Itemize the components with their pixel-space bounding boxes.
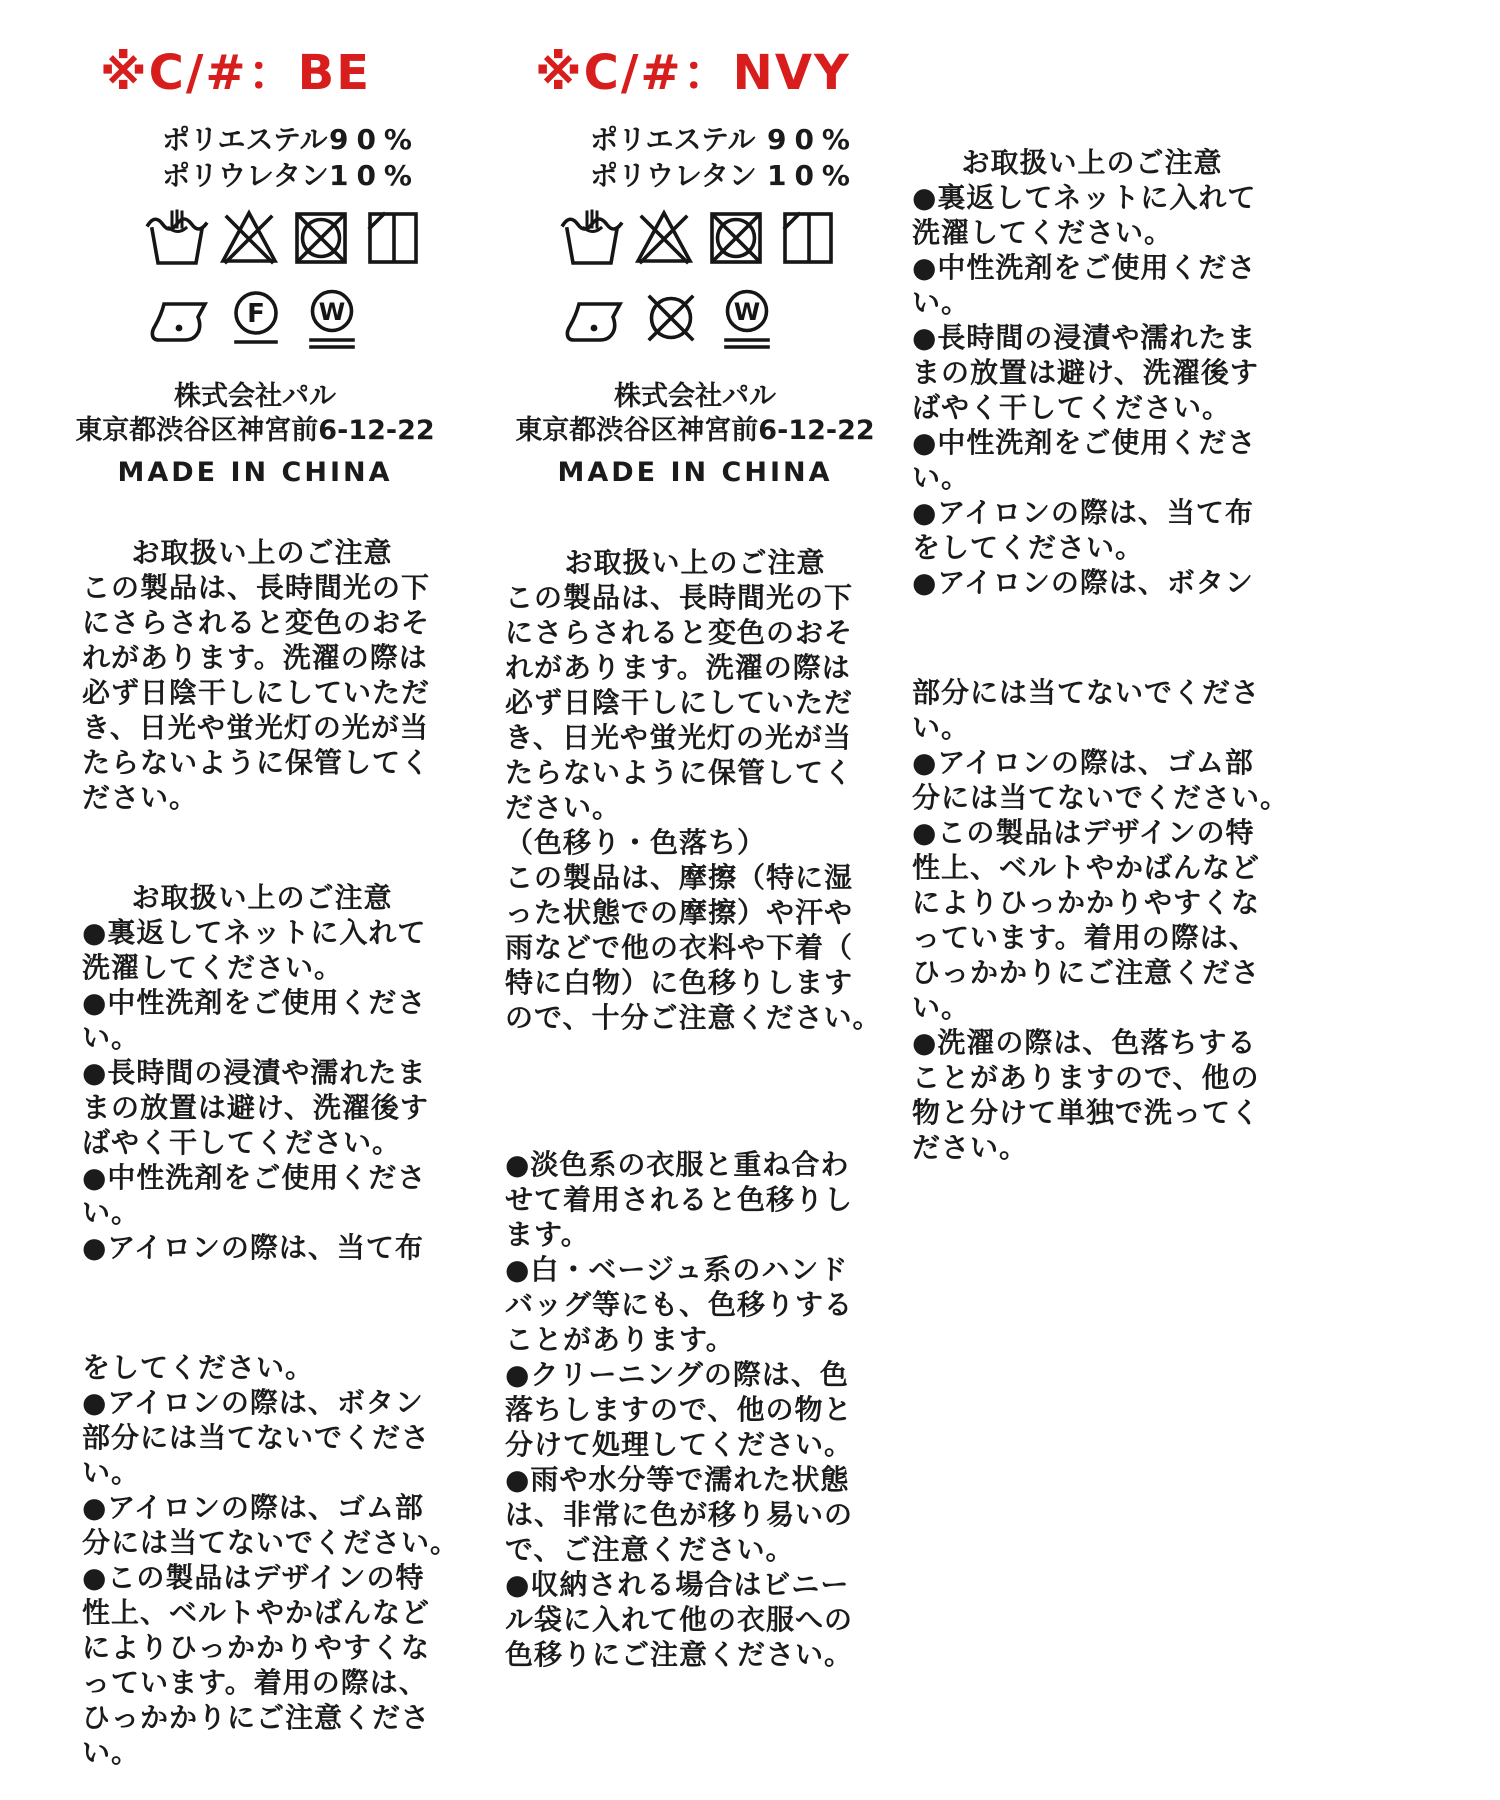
care-block-title: お取扱い上のご注意 xyxy=(505,545,885,580)
material-percent: 10% xyxy=(767,158,858,194)
do-not-bleach-icon xyxy=(632,204,696,274)
care-text-line: 特に白物）に色移りします xyxy=(505,965,885,1000)
care-text-line: 必ず日陰干しにしていただ xyxy=(82,675,442,710)
care-text-line: ●長時間の浸漬や濡れたま xyxy=(912,320,1272,355)
fiber-composition-be: ポリエステル 90% ポリウレタン 10% xyxy=(162,122,420,194)
svg-text:F: F xyxy=(247,299,265,329)
colorway-header-be: ※C/#：BE xyxy=(100,34,371,103)
care-text-line: ことがあります。 xyxy=(505,1322,885,1357)
care-text-line: っています。着用の際は、 xyxy=(82,1665,442,1700)
material-percent: 10% xyxy=(329,158,420,194)
care-text-line: 落ちしますので、他の物と xyxy=(505,1392,885,1427)
fiber-composition-nvy: ポリエステル 90% ポリウレタン 10% xyxy=(590,122,858,194)
company-address: 東京都渋谷区神宮前6-12-22 xyxy=(505,414,885,448)
care-text-line: い。 xyxy=(912,460,1272,495)
composition-row: ポリウレタン 10% xyxy=(162,158,420,194)
care-text-line: い。 xyxy=(912,285,1272,320)
care-text-line: 分けて処理してください。 xyxy=(505,1427,885,1462)
care-text-line: ださい。 xyxy=(505,790,885,825)
care-text-line: ●アイロンの際は、当て布 xyxy=(912,495,1272,530)
care-text-line: この製品は、長時間光の下 xyxy=(82,570,442,605)
care-text-line: ●中性洗剤をご使用くださ xyxy=(912,425,1272,460)
do-not-bleach-icon xyxy=(217,204,281,274)
care-text-line: ひっかかりにご注意くださ xyxy=(912,955,1272,990)
dry-clean-F-gentle-icon: F xyxy=(224,286,288,356)
care-block2-nvy: ●淡色系の衣服と重ね合わせて着用されると色移りします。●白・ベージュ系のハンドバ… xyxy=(505,1147,885,1672)
care-text-line: ●洗濯の際は、色落ちする xyxy=(912,1025,1272,1060)
care-text-line: ひっかかりにご注意くださ xyxy=(82,1700,442,1735)
care-text-line: れがあります。洗濯の際は xyxy=(82,640,442,675)
care-symbols-row2-be: FW xyxy=(148,286,364,356)
composition-row: ポリエステル 90% xyxy=(590,122,858,158)
hand-wash-tub-icon xyxy=(560,204,624,274)
svg-text:W: W xyxy=(734,298,760,326)
care-text-line: ●中性洗剤をご使用くださ xyxy=(912,250,1272,285)
care-text-line: ●中性洗剤をご使用くださ xyxy=(82,1160,442,1195)
care-text-line: ●淡色系の衣服と重ね合わ xyxy=(505,1147,885,1182)
care-text-line: ●収納される場合はビニー xyxy=(505,1567,885,1602)
colorway-header-nvy: ※C/#：NVY xyxy=(535,34,851,103)
care-text-line: ださい。 xyxy=(82,780,442,815)
care-text-line: 洗濯してください。 xyxy=(912,215,1272,250)
material-percent: 90% xyxy=(767,122,858,158)
care-text-line: ●この製品はデザインの特 xyxy=(82,1560,442,1595)
care-text-line: 洗濯してください。 xyxy=(82,950,442,985)
care-block-title: お取扱い上のご注意 xyxy=(912,145,1272,180)
care-text-line: れがあります。洗濯の際は xyxy=(505,650,885,685)
care-text-line: をしてください。 xyxy=(912,530,1272,565)
care-text-line: によりひっかかりやすくな xyxy=(912,885,1272,920)
care-text-line: ●裏返してネットに入れて xyxy=(912,180,1272,215)
care-text-line: い。 xyxy=(82,1195,442,1230)
care-text-line: ●この製品はデザインの特 xyxy=(912,815,1272,850)
care-text-line: った状態での摩擦）や汗や xyxy=(505,895,885,930)
material-percent: 90% xyxy=(329,122,420,158)
care-text-line: をしてください。 xyxy=(82,1350,442,1385)
care-text-line: い。 xyxy=(82,1455,442,1490)
care-symbols-row2-nvy: W xyxy=(563,286,779,356)
care-label-sheet: ※C/#：BE ポリエステル 90% ポリウレタン 10% FW 株式会社パル … xyxy=(0,0,1500,1800)
care-text-line: （色移り・色落ち） xyxy=(505,825,885,860)
do-not-tumble-dry-icon xyxy=(289,204,353,274)
care-text-line: ●アイロンの際は、当て布 xyxy=(82,1230,442,1265)
care-text-line: ばやく干してください。 xyxy=(82,1125,442,1160)
care-text-line: い。 xyxy=(912,990,1272,1025)
care-text-line: ル袋に入れて他の衣服への xyxy=(505,1602,885,1637)
wet-clean-W-very-gentle-icon: W xyxy=(715,286,779,356)
care-text-line: い。 xyxy=(912,710,1272,745)
care-text-line: ばやく干してください。 xyxy=(912,390,1272,425)
iron-low-one-dot-icon xyxy=(148,286,212,356)
wet-clean-W-very-gentle-icon: W xyxy=(300,286,364,356)
composition-row: ポリエステル 90% xyxy=(162,122,420,158)
care-text-line: ●アイロンの際は、ボタン xyxy=(82,1385,442,1420)
line-dry-in-shade-icon xyxy=(361,204,425,274)
care-text-line: 分には当てないでください。 xyxy=(82,1525,442,1560)
care-text-line: き、日光や蛍光灯の光が当 xyxy=(82,710,442,745)
care-text-line: 必ず日陰干しにしていただ xyxy=(505,685,885,720)
care-text-line: たらないように保管してく xyxy=(82,745,442,780)
care-text-line: ●アイロンの際は、ボタン xyxy=(912,565,1272,600)
manufacturer-info-nvy: 株式会社パル 東京都渋谷区神宮前6-12-22 MADE IN CHINA xyxy=(505,380,885,490)
care-text-line: き、日光や蛍光灯の光が当 xyxy=(505,720,885,755)
care-text-line: ●白・ベージュ系のハンド xyxy=(505,1252,885,1287)
care-block-title: お取扱い上のご注意 xyxy=(82,535,442,570)
care-text-line: まの放置は避け、洗濯後す xyxy=(82,1090,442,1125)
country-of-origin: MADE IN CHINA xyxy=(70,456,440,490)
care-block1-be: お取扱い上のご注意 この製品は、長時間光の下にさらされると変色のおそれがあります… xyxy=(82,535,442,815)
company-address: 東京都渋谷区神宮前6-12-22 xyxy=(70,414,440,448)
care-text-line: ●中性洗剤をご使用くださ xyxy=(82,985,442,1020)
company-name: 株式会社パル xyxy=(505,380,885,414)
care-text-line: ●裏返してネットに入れて xyxy=(82,915,442,950)
care-text-line: ●アイロンの際は、ゴム部 xyxy=(912,745,1272,780)
care-text-line: 性上、ベルトやかばんなど xyxy=(82,1595,442,1630)
manufacturer-info-be: 株式会社パル 東京都渋谷区神宮前6-12-22 MADE IN CHINA xyxy=(70,380,440,490)
care-text-line: バッグ等にも、色移りする xyxy=(505,1287,885,1322)
care-text-line: まの放置は避け、洗濯後す xyxy=(912,355,1272,390)
care-text-line: この製品は、長時間光の下 xyxy=(505,580,885,615)
iron-low-one-dot-icon xyxy=(563,286,627,356)
care-text-line: たらないように保管してく xyxy=(505,755,885,790)
care-text-line: 分には当てないでください。 xyxy=(912,780,1272,815)
care-text-line: ●長時間の浸漬や濡れたま xyxy=(82,1055,442,1090)
do-not-dry-clean-icon xyxy=(639,286,703,356)
care-text-line: っています。着用の際は、 xyxy=(912,920,1272,955)
care-text-line: ●雨や水分等で濡れた状態 xyxy=(505,1462,885,1497)
care-text-line: せて着用されると色移りし xyxy=(505,1182,885,1217)
care-text-line: 物と分けて単独で洗ってく xyxy=(912,1095,1272,1130)
care-text-line: この製品は、摩擦（特に湿 xyxy=(505,860,885,895)
care-text-line: によりひっかかりやすくな xyxy=(82,1630,442,1665)
care-text-line: 色移りにご注意ください。 xyxy=(505,1637,885,1672)
care-text-line: は、非常に色が移り易いの xyxy=(505,1497,885,1532)
care-block1-nvy: お取扱い上のご注意 この製品は、長時間光の下にさらされると変色のおそれがあります… xyxy=(505,545,885,1035)
care-block2-be: お取扱い上のご注意 ●裏返してネットに入れて洗濯してください。●中性洗剤をご使用… xyxy=(82,880,442,1265)
care-text-line: 性上、ベルトやかばんなど xyxy=(912,850,1272,885)
care-text-line: 雨などで他の衣料や下着（ xyxy=(505,930,885,965)
care-text-line: ●アイロンの際は、ゴム部 xyxy=(82,1490,442,1525)
country-of-origin: MADE IN CHINA xyxy=(505,456,885,490)
material-name: ポリウレタン xyxy=(590,158,757,194)
care-block3-be: をしてください。●アイロンの際は、ボタン部分には当てないでください。●アイロンの… xyxy=(82,1350,442,1770)
care-text-line: 部分には当てないでくださ xyxy=(82,1420,442,1455)
do-not-tumble-dry-icon xyxy=(704,204,768,274)
company-name: 株式会社パル xyxy=(70,380,440,414)
line-dry-in-shade-icon xyxy=(776,204,840,274)
hand-wash-tub-icon xyxy=(145,204,209,274)
material-name: ポリウレタン xyxy=(162,158,329,194)
care-text-line: にさらされると変色のおそ xyxy=(82,605,442,640)
material-name: ポリエステル xyxy=(162,122,327,158)
care-text-line: ので、十分ご注意ください。 xyxy=(505,1000,885,1035)
extra-care-block1: お取扱い上のご注意 ●裏返してネットに入れて洗濯してください。●中性洗剤をご使用… xyxy=(912,145,1272,600)
svg-text:W: W xyxy=(319,298,345,326)
care-text-line: い。 xyxy=(82,1735,442,1770)
care-text-line: 部分には当てないでくださ xyxy=(912,675,1272,710)
material-name: ポリエステル xyxy=(590,122,755,158)
care-text-line: で、ご注意ください。 xyxy=(505,1532,885,1567)
extra-care-block2: 部分には当てないでください。●アイロンの際は、ゴム部分には当てないでください。●… xyxy=(912,675,1272,1165)
care-text-line: ださい。 xyxy=(912,1130,1272,1165)
care-symbols-row1-be xyxy=(145,204,425,274)
care-text-line: い。 xyxy=(82,1020,442,1055)
composition-row: ポリウレタン 10% xyxy=(590,158,858,194)
care-text-line: ●クリーニングの際は、色 xyxy=(505,1357,885,1392)
care-block-title: お取扱い上のご注意 xyxy=(82,880,442,915)
care-text-line: ことがありますので、他の xyxy=(912,1060,1272,1095)
care-symbols-row1-nvy xyxy=(560,204,840,274)
care-text-line: にさらされると変色のおそ xyxy=(505,615,885,650)
care-text-line: ます。 xyxy=(505,1217,885,1252)
